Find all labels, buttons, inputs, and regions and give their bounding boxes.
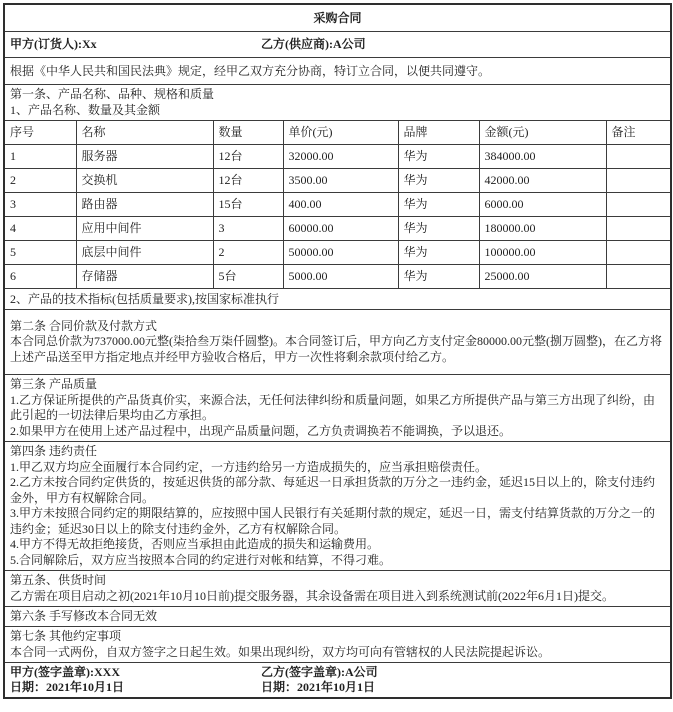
section2-cell: 第二条 合同价款及付款方式 本合同总价款为737000.00元整(柒拾叁万柒仟圆… <box>4 310 671 375</box>
product-cell: 华为 <box>398 145 479 169</box>
signature-date-a: 日期：2021年10月1日 <box>10 680 258 695</box>
section5-row: 第五条、供货时间 乙方需在项目启动之初(2021年10月10日前)提交服务器，其… <box>4 571 671 607</box>
contract-table: 采购合同 甲方(订货人):Xx 乙方(供应商):A公司 根据《中华人民共和国民法… <box>3 3 672 699</box>
product-cell <box>606 241 671 265</box>
product-cell: 3500.00 <box>283 169 398 193</box>
col-header-brand: 品牌 <box>398 121 479 145</box>
section5-cell: 第五条、供货时间 乙方需在项目启动之初(2021年10月10日前)提交服务器，其… <box>4 571 671 607</box>
table-row: 6 存储器 5台 5000.00 华为 25000.00 <box>4 265 671 289</box>
doc-title: 采购合同 <box>4 4 671 32</box>
section3-cell: 第三条 产品质量 1.乙方保证所提供的产品货真价实，来源合法，无任何法律纠纷和质… <box>4 375 671 442</box>
table-row: 5 底层中间件 2 50000.00 华为 100000.00 <box>4 241 671 265</box>
table-row: 4 应用中间件 3 60000.00 华为 180000.00 <box>4 217 671 241</box>
section2-title: 第二条 合同价款及付款方式 <box>10 319 665 335</box>
product-cell: 应用中间件 <box>76 217 213 241</box>
signature-names-line: 甲方(签字盖章):XXX 乙方(签字盖章):A公司 <box>10 665 665 680</box>
product-cell: 15台 <box>213 193 283 217</box>
section4-item: 1.甲乙双方均应全面履行本合同约定，一方违约给另一方造成损失的，应当承担赔偿责任… <box>10 460 665 476</box>
product-cell: 3 <box>213 217 283 241</box>
preamble-row: 根据《中华人民共和国民法典》规定，经甲乙双方充分协商，特订立合同，以便共同遵守。 <box>4 58 671 85</box>
section4-row: 第四条 违约责任 1.甲乙双方均应全面履行本合同约定，一方违约给另一方造成损失的… <box>4 442 671 571</box>
section4-cell: 第四条 违约责任 1.甲乙双方均应全面履行本合同约定，一方违约给另一方造成损失的… <box>4 442 671 571</box>
product-cell: 42000.00 <box>479 169 606 193</box>
product-cell: 交换机 <box>76 169 213 193</box>
section1-subtitle: 1、产品名称、数量及其金额 <box>10 103 665 119</box>
product-cell: 400.00 <box>283 193 398 217</box>
product-cell: 华为 <box>398 169 479 193</box>
product-cell: 5000.00 <box>283 265 398 289</box>
signature-party-a: 甲方(签字盖章):XXX <box>10 665 258 680</box>
preamble-text: 根据《中华人民共和国民法典》规定，经甲乙双方充分协商，特订立合同，以便共同遵守。 <box>4 58 671 85</box>
product-cell: 4 <box>4 217 76 241</box>
col-header-amount: 金额(元) <box>479 121 606 145</box>
table-row: 3 路由器 15台 400.00 华为 6000.00 <box>4 193 671 217</box>
tech-spec-text: 2、产品的技术指标(包括质量要求),按国家标准执行 <box>4 289 671 310</box>
col-header-remark: 备注 <box>606 121 671 145</box>
col-header-index: 序号 <box>4 121 76 145</box>
product-cell: 华为 <box>398 193 479 217</box>
product-table-header-row: 序号 名称 数量 单价(元) 品牌 金额(元) 备注 <box>4 121 671 145</box>
section7-title: 第七条 其他约定事项 <box>10 629 665 645</box>
section4-item: 3.甲方未按照合同约定的期限结算的，应按照中国人民银行有关延期付款的规定，延迟一… <box>10 506 665 537</box>
section1-cell: 第一条、产品名称、品种、规格和质量 1、产品名称、数量及其金额 <box>4 85 671 121</box>
tech-spec-row: 2、产品的技术指标(包括质量要求),按国家标准执行 <box>4 289 671 310</box>
product-cell: 1 <box>4 145 76 169</box>
col-header-name: 名称 <box>76 121 213 145</box>
parties-cell: 甲方(订货人):Xx 乙方(供应商):A公司 <box>4 32 671 58</box>
product-cell <box>606 169 671 193</box>
product-cell: 华为 <box>398 217 479 241</box>
product-cell: 2 <box>4 169 76 193</box>
section7-row: 第七条 其他约定事项 本合同一式两份，自双方签字之日起生效。如果出现纠纷，双方均… <box>4 627 671 663</box>
product-cell: 底层中间件 <box>76 241 213 265</box>
section3-title: 第三条 产品质量 <box>10 377 665 393</box>
section6-title: 第六条 手写修改本合同无效 <box>4 607 671 627</box>
product-cell: 180000.00 <box>479 217 606 241</box>
product-cell <box>606 193 671 217</box>
product-cell: 华为 <box>398 265 479 289</box>
section6-row: 第六条 手写修改本合同无效 <box>4 607 671 627</box>
product-cell: 3 <box>4 193 76 217</box>
product-cell: 2 <box>213 241 283 265</box>
product-cell: 服务器 <box>76 145 213 169</box>
product-cell: 存储器 <box>76 265 213 289</box>
section4-item: 4.甲方不得无故拒绝接货，否则应当承担由此造成的损失和运输费用。 <box>10 537 665 553</box>
signature-date-b: 日期：2021年10月1日 <box>261 680 375 694</box>
section5-body: 乙方需在项目启动之初(2021年10月10日前)提交服务器，其余设备需在项目进入… <box>10 589 665 605</box>
product-cell: 384000.00 <box>479 145 606 169</box>
section7-cell: 第七条 其他约定事项 本合同一式两份，自双方签字之日起生效。如果出现纠纷，双方均… <box>4 627 671 663</box>
signature-dates-line: 日期：2021年10月1日 日期：2021年10月1日 <box>10 680 665 695</box>
section5-title: 第五条、供货时间 <box>10 573 665 589</box>
section1-row: 第一条、产品名称、品种、规格和质量 1、产品名称、数量及其金额 <box>4 85 671 121</box>
signature-party-b: 乙方(签字盖章):A公司 <box>261 665 378 679</box>
product-cell: 路由器 <box>76 193 213 217</box>
section3-item: 2.如果甲方在使用上述产品过程中，出现产品质量问题，乙方负责调换若不能调换，予以… <box>10 424 665 440</box>
product-cell: 32000.00 <box>283 145 398 169</box>
section3-item: 1.乙方保证所提供的产品货真价实，来源合法，无任何法律纠纷和质量问题，如果乙方所… <box>10 393 665 424</box>
product-cell: 5 <box>4 241 76 265</box>
product-cell: 12台 <box>213 145 283 169</box>
section1-title: 第一条、产品名称、品种、规格和质量 <box>10 87 665 103</box>
contract-document: 采购合同 甲方(订货人):Xx 乙方(供应商):A公司 根据《中华人民共和国民法… <box>0 0 673 712</box>
col-header-unit-price: 单价(元) <box>283 121 398 145</box>
product-cell: 12台 <box>213 169 283 193</box>
product-cell: 100000.00 <box>479 241 606 265</box>
section3-row: 第三条 产品质量 1.乙方保证所提供的产品货真价实，来源合法，无任何法律纠纷和质… <box>4 375 671 442</box>
product-cell <box>606 217 671 241</box>
parties-row: 甲方(订货人):Xx 乙方(供应商):A公司 <box>4 32 671 58</box>
table-row: 2 交换机 12台 3500.00 华为 42000.00 <box>4 169 671 193</box>
section4-item: 2.乙方未按合同约定供货的，按延迟供货的部分款、每延迟一日承担货款的万分之一违约… <box>10 475 665 506</box>
title-row: 采购合同 <box>4 4 671 32</box>
product-cell: 华为 <box>398 241 479 265</box>
product-cell <box>606 265 671 289</box>
section2-row: 第二条 合同价款及付款方式 本合同总价款为737000.00元整(柒拾叁万柒仟圆… <box>4 310 671 375</box>
signature-row: 甲方(签字盖章):XXX 乙方(签字盖章):A公司 日期：2021年10月1日 … <box>4 663 671 699</box>
product-cell <box>606 145 671 169</box>
section2-body: 本合同总价款为737000.00元整(柒拾叁万柒仟圆整)。本合同签订后，甲方向乙… <box>10 334 665 365</box>
section4-item: 5.合同解除后，双方应当按照本合同的约定进行对帐和结算，不得刁难。 <box>10 553 665 569</box>
product-cell: 6000.00 <box>479 193 606 217</box>
col-header-quantity: 数量 <box>213 121 283 145</box>
signature-cell: 甲方(签字盖章):XXX 乙方(签字盖章):A公司 日期：2021年10月1日 … <box>4 663 671 699</box>
product-cell: 25000.00 <box>479 265 606 289</box>
product-cell: 60000.00 <box>283 217 398 241</box>
section4-title: 第四条 违约责任 <box>10 444 665 460</box>
table-row: 1 服务器 12台 32000.00 华为 384000.00 <box>4 145 671 169</box>
product-cell: 50000.00 <box>283 241 398 265</box>
product-cell: 5台 <box>213 265 283 289</box>
party-b-label: 乙方(供应商):A公司 <box>261 37 366 51</box>
party-a-label: 甲方(订货人):Xx <box>10 37 258 52</box>
product-cell: 6 <box>4 265 76 289</box>
section7-body: 本合同一式两份，自双方签字之日起生效。如果出现纠纷，双方均可向有管辖权的人民法院… <box>10 645 665 661</box>
